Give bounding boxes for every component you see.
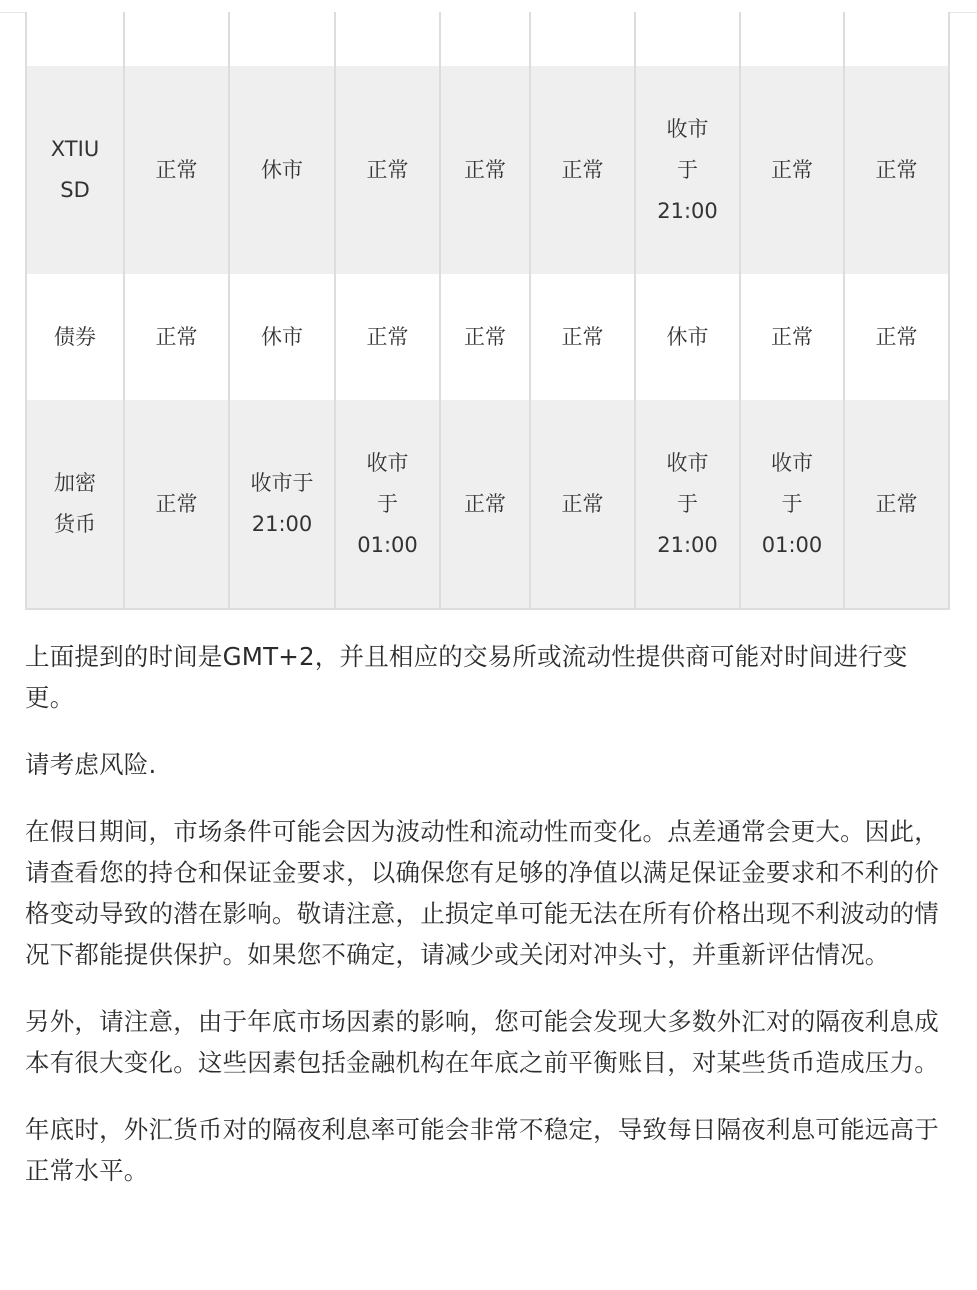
status-cell: 正常: [740, 274, 844, 400]
cell-text: 收市: [640, 109, 735, 150]
status-cell: 正常: [844, 274, 949, 400]
cell-text: 正常: [849, 150, 944, 191]
cell-text: 于: [340, 484, 435, 525]
status-cell: [740, 12, 844, 66]
cell-text: 21:00: [640, 191, 735, 232]
status-cell: 正常: [335, 274, 440, 400]
status-cell: [635, 12, 740, 66]
status-cell: 正常: [530, 274, 635, 400]
cell-text: 21:00: [640, 525, 735, 566]
status-cell: 正常: [440, 274, 530, 400]
status-cell: 正常: [530, 66, 635, 274]
cell-text: SD: [31, 170, 119, 211]
row-header-cell: 债券: [26, 274, 124, 400]
cell-text: 正常: [535, 317, 630, 358]
table-row: XTIUSD正常休市正常正常正常收市于21:00正常正常: [26, 66, 949, 274]
cell-text: 休市: [234, 150, 330, 191]
status-cell: 正常: [335, 66, 440, 274]
note-year-end-swap: 年底时，外汇货币对的隔夜利息率可能会非常不稳定，导致每日隔夜利息可能远高于正常水…: [25, 1109, 950, 1191]
cell-text: 休市: [234, 317, 330, 358]
cell-text: 正常: [535, 150, 630, 191]
status-cell: 正常: [530, 400, 635, 609]
cell-text: 正常: [129, 484, 224, 525]
cell-text: 休市: [640, 317, 735, 358]
cell-text: 正常: [129, 150, 224, 191]
status-cell: 收市于21:00: [635, 66, 740, 274]
status-cell: [530, 12, 635, 66]
note-holiday-conditions: 在假日期间，市场条件可能会因为波动性和流动性而变化。点差通常会更大。因此，请查看…: [25, 811, 950, 975]
status-cell: 正常: [440, 400, 530, 609]
cell-text: 正常: [445, 317, 525, 358]
cell-text: 正常: [535, 484, 630, 525]
row-header-cell: XTIUSD: [26, 66, 124, 274]
row-header-cell: [26, 12, 124, 66]
status-cell: 正常: [124, 400, 229, 609]
status-cell: 收市于21:00: [635, 400, 740, 609]
cell-text: 正常: [340, 317, 435, 358]
cell-text: 货币: [31, 504, 119, 545]
status-cell: 休市: [229, 66, 335, 274]
notes-section: 上面提到的时间是GMT+2，并且相应的交易所或流动性提供商可能对时间进行变更。 …: [25, 636, 950, 1217]
status-cell: [844, 12, 949, 66]
cell-text: 于: [640, 484, 735, 525]
status-cell: [124, 12, 229, 66]
cell-text: 债券: [31, 317, 119, 358]
cell-text: 正常: [849, 317, 944, 358]
status-cell: 正常: [440, 66, 530, 274]
cell-text: 于: [640, 150, 735, 191]
cell-text: 正常: [745, 150, 839, 191]
note-risk-warning: 请考虑风险.: [25, 744, 950, 785]
holiday-trading-schedule-table: XTIUSD正常休市正常正常正常收市于21:00正常正常债券正常休市正常正常正常…: [25, 12, 950, 610]
cell-text: 21:00: [234, 504, 330, 545]
status-cell: 正常: [844, 66, 949, 274]
cell-text: 加密: [31, 463, 119, 504]
table-row: 加密货币正常收市于21:00收市于01:00正常正常收市于21:00收市于01:…: [26, 400, 949, 609]
cell-text: 收市: [745, 443, 839, 484]
status-cell: 收市于01:00: [740, 400, 844, 609]
table-row: 债券正常休市正常正常正常休市正常正常: [26, 274, 949, 400]
cell-text: 正常: [445, 150, 525, 191]
status-cell: [440, 12, 530, 66]
note-swap-costs: 另外，请注意，由于年底市场因素的影响，您可能会发现大多数外汇对的隔夜利息成本有很…: [25, 1001, 950, 1083]
cell-text: 正常: [445, 484, 525, 525]
cell-text: 收市: [340, 443, 435, 484]
cell-text: 正常: [340, 150, 435, 191]
cell-text: XTIU: [31, 129, 119, 170]
cell-text: 于: [745, 484, 839, 525]
cell-text: 正常: [849, 484, 944, 525]
cell-text: 01:00: [745, 525, 839, 566]
status-cell: 正常: [740, 66, 844, 274]
status-cell: 正常: [124, 66, 229, 274]
status-cell: [229, 12, 335, 66]
cell-text: 正常: [129, 317, 224, 358]
status-cell: 正常: [124, 274, 229, 400]
status-cell: 正常: [844, 400, 949, 609]
status-cell: 收市于01:00: [335, 400, 440, 609]
row-header-cell: 加密货币: [26, 400, 124, 609]
status-cell: 休市: [635, 274, 740, 400]
note-timezone: 上面提到的时间是GMT+2，并且相应的交易所或流动性提供商可能对时间进行变更。: [25, 636, 950, 718]
cell-text: 正常: [745, 317, 839, 358]
status-cell: 休市: [229, 274, 335, 400]
status-cell: [335, 12, 440, 66]
table-row: [26, 12, 949, 66]
cell-text: 收市于: [234, 463, 330, 504]
cell-text: 01:00: [340, 525, 435, 566]
status-cell: 收市于21:00: [229, 400, 335, 609]
cell-text: 收市: [640, 443, 735, 484]
